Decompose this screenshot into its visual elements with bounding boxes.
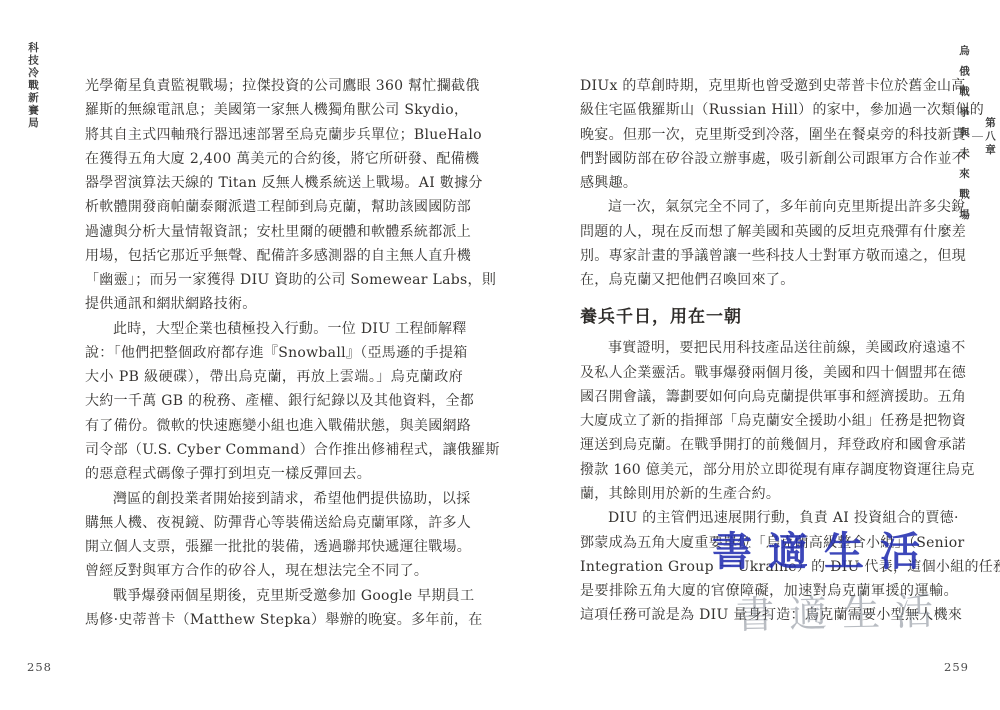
body-text-line: 級住宅區俄羅斯山（Russian Hill）的家中，參加過一次類似的 — [580, 98, 958, 122]
body-text-line: 將其自主式四軸飛行器迅速部署至烏克蘭步兵單位；BlueHalo — [85, 123, 463, 147]
body-text-line: 感興趣。 — [580, 171, 958, 195]
body-text-line: 們對國防部在矽谷設立辦事處，吸引新創公司跟軍方合作並不 — [580, 147, 958, 171]
body-text-line: 運送到烏克蘭。在戰爭開打的前幾個月，拜登政府和國會承諾 — [580, 433, 958, 457]
body-text-line: 的惡意程式碼像子彈打到坦克一樣反彈回去。 — [85, 462, 463, 486]
body-text-line: 蘭，其餘則用於新的生產合約。 — [580, 482, 958, 506]
page-number-left: 258 — [27, 660, 52, 674]
body-text-line: 大小 PB 級硬碟），帶出烏克蘭，再放上雲端。」烏克蘭政府 — [85, 365, 463, 389]
body-text-line: 羅斯的無線電訊息；美國第一家無人機獨角獸公司 Skydio， — [85, 98, 463, 122]
body-text-line: 灣區的創投業者開始接到請求，希望他們提供協助，以採 — [85, 487, 463, 511]
page-left-text-column: 光學衛星負責監視戰場；拉傑投資的公司鷹眼 360 幫忙攔截俄羅斯的無線電訊息；美… — [85, 74, 463, 632]
body-text-line: 戰爭爆發兩個星期後，克里斯受邀參加 Google 早期員工 — [85, 584, 463, 608]
body-text-line: 司令部（U.S. Cyber Command）合作推出修補程式，讓俄羅斯 — [85, 438, 463, 462]
body-text-line: 別。專家計畫的爭議曾讓一些科技人士對軍方敬而遠之，但現 — [580, 244, 958, 268]
body-text-line: 是要排除五角大廈的官僚障礙，加速對烏克蘭軍援的運輸。 — [580, 579, 958, 603]
book-spread: 科技冷戰新賽局 第八章 烏俄戰爭與未來戰場 光學衛星負責監視戰場；拉傑投資的公司… — [0, 0, 1000, 710]
page-number-right: 259 — [944, 660, 969, 674]
body-text-line: 大約一千萬 GB 的稅務、產權、銀行紀錄以及其他資料，全都 — [85, 389, 463, 413]
body-text-line: 「幽靈」；而另一家獲得 DIU 資助的公司 Somewear Labs，則 — [85, 268, 463, 292]
body-text-line: 光學衛星負責監視戰場；拉傑投資的公司鷹眼 360 幫忙攔截俄 — [85, 74, 463, 98]
body-text-line: 提供通訊和網狀網路技術。 — [85, 292, 463, 316]
body-text-line: 問題的人，現在反而想了解美國和英國的反坦克飛彈有什麼差 — [580, 220, 958, 244]
body-text-line: 及私人企業靈活。戰事爆發兩個月後，美國和四十個盟邦在德 — [580, 361, 958, 385]
body-text-line: 撥款 160 億美元，部分用於立即從現有庫存調度物資運往烏克 — [580, 458, 958, 482]
body-text-line: 購無人機、夜視鏡、防彈背心等裝備送給烏克蘭軍隊，許多人 — [85, 511, 463, 535]
body-text-line: 鄧蒙成為五角大廈重要單位「烏克蘭高級整合小組」（Senior — [580, 531, 958, 555]
body-text-line: 馬修·史蒂普卡（Matthew Stepka）舉辦的晚宴。多年前，在 — [85, 608, 463, 632]
series-title-vertical: 科技冷戰新賽局 — [26, 42, 41, 130]
body-text-line: 曾經反對與軍方合作的矽谷人，現在想法完全不同了。 — [85, 559, 463, 583]
body-text-line: 此時，大型企業也積極投入行動。一位 DIU 工程師解釋 — [85, 317, 463, 341]
body-text-line: 析軟體開發商帕蘭泰爾派遣工程師到烏克蘭，幫助該國國防部 — [85, 195, 463, 219]
body-text-line: DIUx 的草創時期，克里斯也曾受邀到史蒂普卡位於舊金山高 — [580, 74, 958, 98]
body-text-line: 事實證明，要把民用科技產品送往前線，美國政府遠遠不 — [580, 336, 958, 360]
body-text-line: 這項任務可說是為 DIU 量身打造：烏克蘭需要小型無人機來 — [580, 603, 958, 627]
body-text-line: 開立個人支票，張羅一批批的裝備，透過聯邦快遞運往戰場。 — [85, 535, 463, 559]
body-text-line: 大廈成立了新的指揮部「烏克蘭安全援助小組」任務是把物資 — [580, 409, 958, 433]
body-text-line: 用場，包括它那近乎無聲、配備許多感測器的自主無人直升機 — [85, 244, 463, 268]
body-text-line: 說：「他們把整個政府都存進『Snowball』（亞馬遜的手提箱 — [85, 341, 463, 365]
chapter-divider-rule — [972, 136, 983, 137]
section-heading: 養兵千日，用在一朝 — [580, 305, 958, 329]
body-text-line: Integration Group － Ukraine）的 DIU 代表，這個小… — [580, 555, 958, 579]
body-text-line: 國召開會議，籌劃要如何向烏克蘭提供軍事和經濟援助。五角 — [580, 385, 958, 409]
body-text-line: 晚宴。但那一次，克里斯受到冷落，圍坐在餐桌旁的科技新貴 — [580, 123, 958, 147]
page-right-text-column: DIUx 的草創時期，克里斯也曾受邀到史蒂普卡位於舊金山高級住宅區俄羅斯山（Ru… — [580, 74, 958, 628]
body-text-line: DIU 的主管們迅速展開行動，負責 AI 投資組合的賈德· — [580, 506, 958, 530]
body-text-line: 這一次，氣氛完全不同了，多年前向克里斯提出許多尖銳 — [580, 195, 958, 219]
body-text-line: 器學習演算法天線的 Titan 反無人機系統送上戰場。AI 數據分 — [85, 171, 463, 195]
body-text-line: 在，烏克蘭又把他們召喚回來了。 — [580, 268, 958, 292]
body-text-line: 有了備份。微軟的快速應變小組也進入戰備狀態，與美國網路 — [85, 414, 463, 438]
chapter-number-label: 第八章 — [983, 117, 998, 158]
body-text-line: 在獲得五角大廈 2,400 萬美元的合約後，將它所研發、配備機 — [85, 147, 463, 171]
body-text-line: 過濾與分析大量情報資訊；安杜里爾的硬體和軟體系統都派上 — [85, 220, 463, 244]
